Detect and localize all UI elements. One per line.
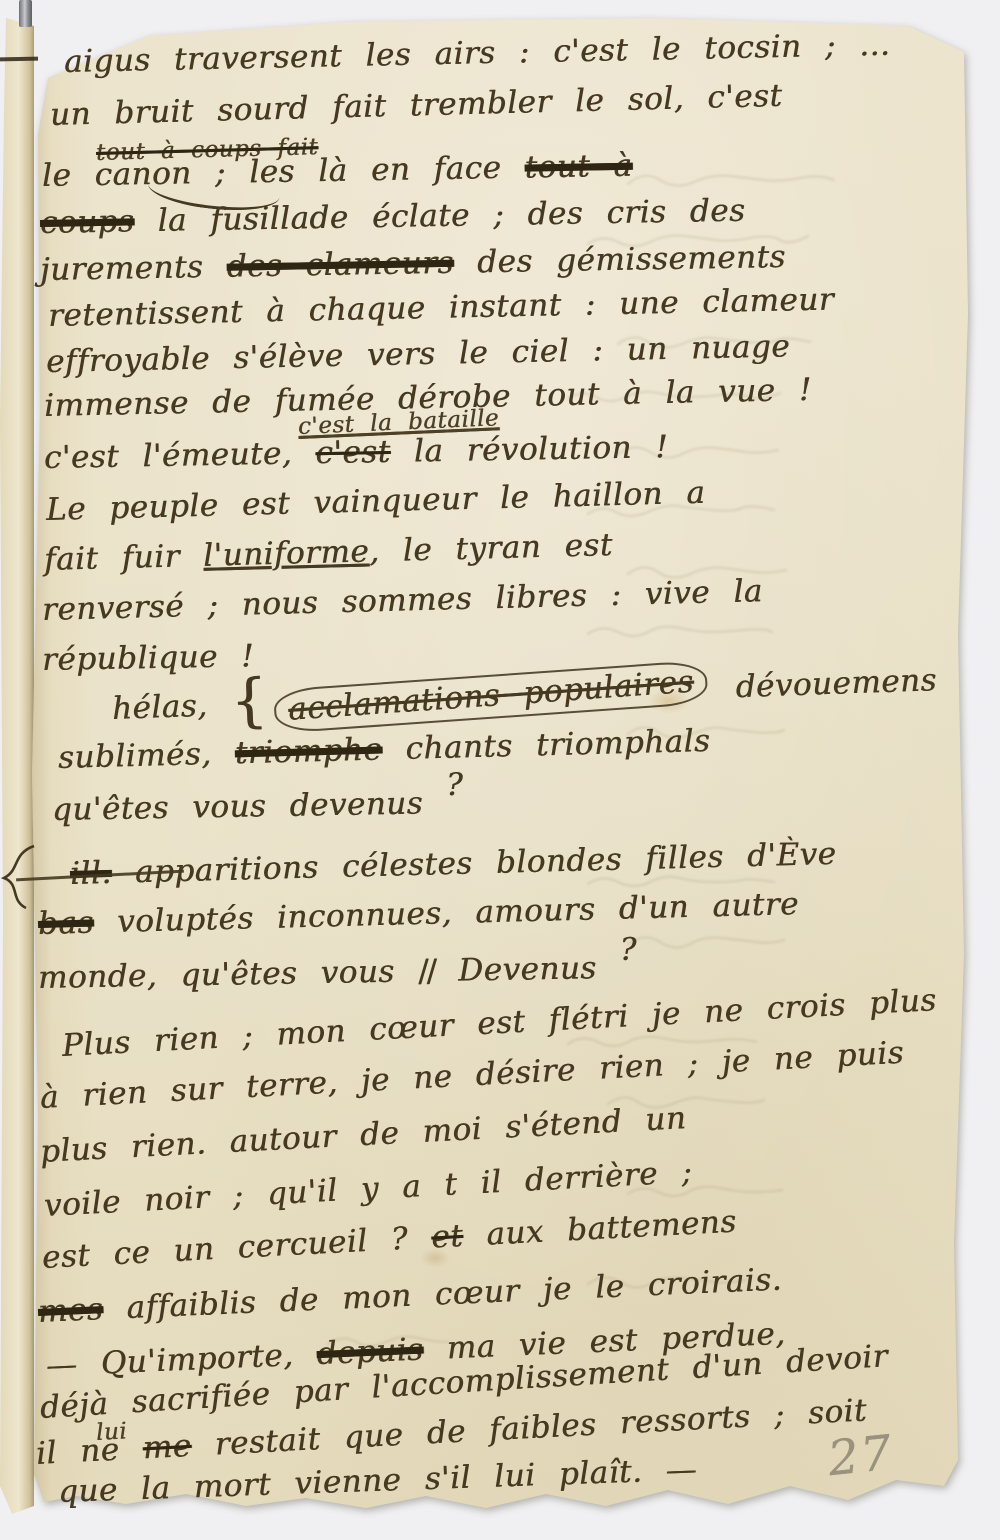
text-segment: est ce un cercueil ? bbox=[41, 1220, 432, 1276]
text-segment-heavy: tout à bbox=[524, 148, 633, 186]
manuscript-line: hélas, {acclamations populaires dévoueme… bbox=[111, 659, 937, 732]
text-segment: république ! bbox=[42, 638, 255, 678]
text-segment-struck: me bbox=[142, 1428, 193, 1467]
text-segment: retentissent à chaque instant : une clam… bbox=[48, 282, 835, 334]
text-segment: jurements bbox=[40, 249, 227, 288]
text-segment: Devenus bbox=[435, 950, 621, 989]
text-segment-heavy: bas bbox=[38, 905, 95, 942]
text-segment: chants triomphals bbox=[382, 723, 711, 768]
text-segment: Le peuple est vainqueur le haillon a bbox=[46, 475, 706, 528]
text-segment: qu'êtes vous devenus bbox=[52, 785, 447, 828]
manuscript-line: aigus traversent les airs : c'est le toc… bbox=[64, 27, 891, 80]
text-segment-heavy: des clameurs bbox=[226, 245, 454, 285]
manuscript-line: bas voluptés inconnues, amours d'un autr… bbox=[38, 886, 800, 942]
text-segment: apparitions célestes blondes filles d'Èv… bbox=[111, 836, 837, 891]
text-segment-circled: acclamations populaires bbox=[273, 660, 709, 734]
manuscript-line: république ! bbox=[42, 638, 255, 678]
handwritten-text-layer: aigus traversent les airs : c'est le toc… bbox=[0, 0, 1000, 1540]
manuscript-line: effroyable s'élève vers le ciel : un nua… bbox=[46, 328, 791, 380]
text-segment-underline: l'uniforme bbox=[203, 533, 370, 573]
text-segment: sublimés, bbox=[58, 735, 236, 776]
text-segment: voluptés inconnues, amours d'un autre bbox=[93, 886, 799, 940]
text-segment: il ne bbox=[35, 1430, 144, 1472]
text-segment-slash: ∕∕ bbox=[418, 953, 436, 989]
text-segment-raised: ? bbox=[619, 932, 637, 968]
text-segment: monde, qu'êtes vous bbox=[38, 953, 419, 996]
text-segment: des gémissements bbox=[453, 239, 786, 281]
manuscript-line: coups la fusillade éclate ; des cris des bbox=[40, 193, 746, 241]
text-segment-raised: ? bbox=[446, 767, 464, 803]
photo-background: aigus traversent les airs : c'est le toc… bbox=[0, 0, 1000, 1540]
text-segment: c'est l'émeute, bbox=[44, 435, 316, 476]
manuscript-line: c'est l'émeute, c'est la révolution ! bbox=[44, 429, 669, 476]
text-segment: renversé ; nous sommes libres : vive la bbox=[42, 573, 764, 628]
manuscript-line: jurements des clameurs des gémissements bbox=[40, 239, 786, 288]
manuscript-line: retentissent à chaque instant : une clam… bbox=[48, 282, 835, 334]
text-segment-struck: c'est bbox=[315, 434, 391, 471]
manuscript-line: un bruit sourd fait trembler le sol, c'e… bbox=[50, 78, 783, 133]
text-segment-heavy: mes bbox=[37, 1291, 104, 1330]
text-segment-heavy: depuis bbox=[316, 1332, 424, 1373]
manuscript-line: fait fuir l'uniforme, le tyran est bbox=[44, 527, 614, 578]
text-segment: fait fuir bbox=[44, 538, 204, 578]
manuscript-line: monde, qu'êtes vous ∕∕ Devenus ? bbox=[38, 950, 638, 996]
text-segment: , le tyran est bbox=[369, 527, 613, 569]
text-segment-heavy: triomphe bbox=[234, 732, 382, 772]
text-segment-heavy: coups bbox=[40, 203, 135, 241]
text-segment-struck: et bbox=[430, 1218, 464, 1256]
manuscript-line: sublimés, triomphe chants triomphals bbox=[58, 723, 711, 776]
text-segment: un bruit sourd fait trembler le sol, c'e… bbox=[50, 78, 783, 133]
manuscript-line: Le peuple est vainqueur le haillon a bbox=[46, 475, 706, 528]
manuscript-line: ill. apparitions célestes blondes filles… bbox=[70, 836, 837, 892]
margin-dash-mark bbox=[0, 57, 38, 62]
text-segment: la révolution ! bbox=[390, 429, 668, 470]
page-number-pencil: 27 bbox=[825, 1425, 896, 1487]
manuscript-line: renversé ; nous sommes libres : vive la bbox=[42, 573, 764, 628]
text-segment: aux battemens bbox=[462, 1204, 737, 1254]
text-segment: les là en face bbox=[249, 150, 525, 191]
text-segment: affaiblis de mon cœur je le croirais. bbox=[102, 1262, 782, 1328]
margin-brace-mark bbox=[0, 842, 40, 912]
text-segment-brace: { bbox=[229, 666, 269, 735]
text-segment: aigus traversent les airs : c'est le toc… bbox=[64, 27, 891, 80]
text-segment: effroyable s'élève vers le ciel : un nua… bbox=[46, 328, 791, 380]
manuscript-line: qu'êtes vous devenus ? bbox=[52, 785, 464, 828]
text-segment: hélas, bbox=[111, 687, 231, 727]
text-segment: dévouemens bbox=[712, 662, 938, 706]
